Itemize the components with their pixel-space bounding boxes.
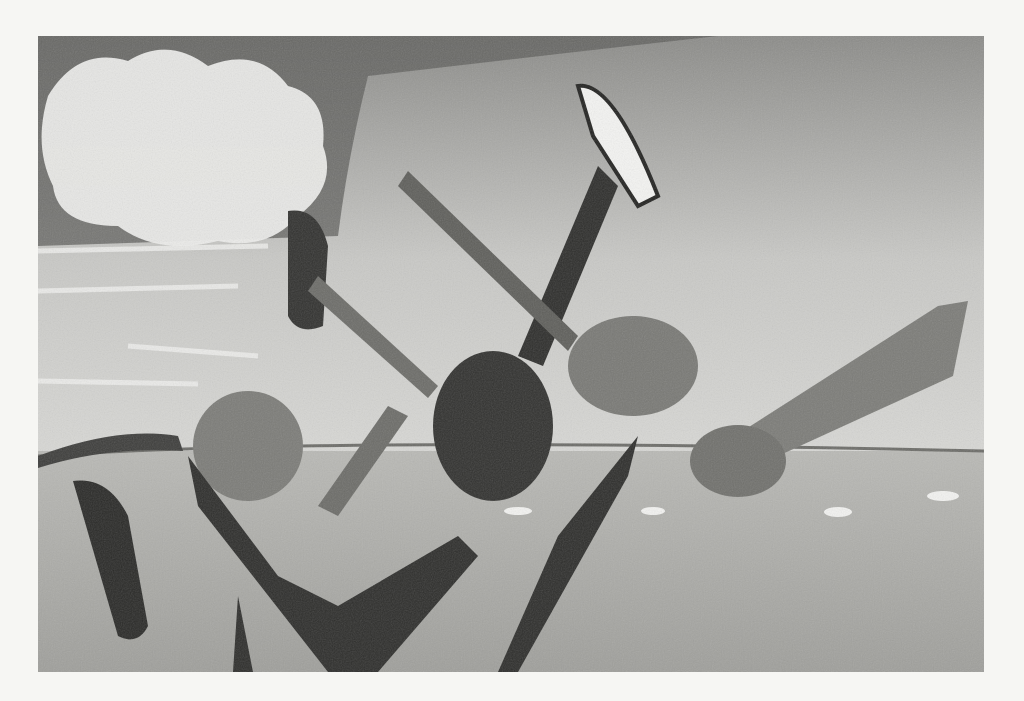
etching-plate [38,36,984,672]
etching-illustration [38,36,984,672]
